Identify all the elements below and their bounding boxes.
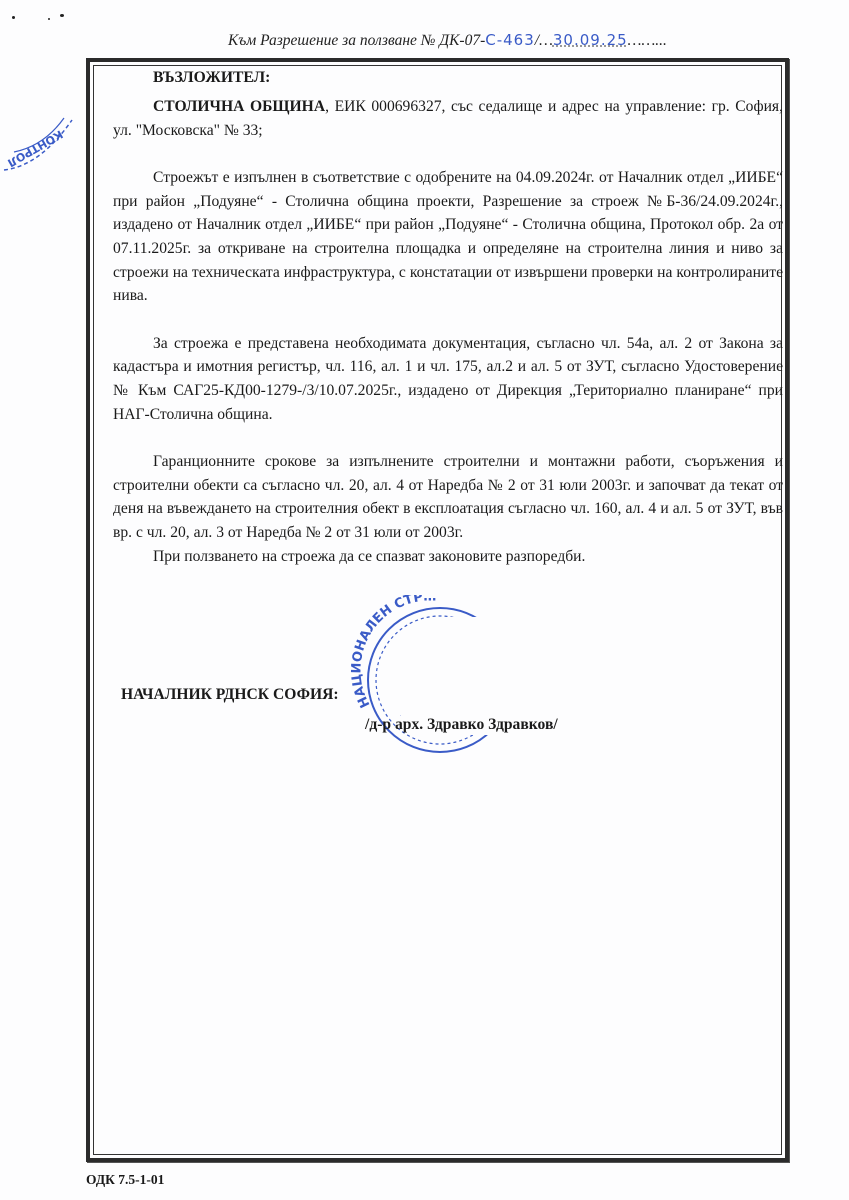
permit-reference: Към Разрешение за ползване № ДК-07-С-463… [228, 31, 667, 50]
signatory-name: /д-р арх. Здравко Здравков/ [365, 716, 558, 734]
handwritten-permit-number: С-463 [485, 31, 535, 49]
reference-prefix: Към Разрешение за ползване № ДК-07- [228, 32, 485, 49]
control-stamp-icon: КОНТРОЛ [0, 108, 80, 178]
construction-paragraph: Строежът е изпълнен в съответствие с одо… [113, 166, 783, 308]
form-code: ОДК 7.5-1-01 [86, 1172, 164, 1188]
reference-separator: /… [535, 32, 553, 49]
handwritten-permit-date: 30.09.25 [553, 31, 628, 49]
assignor-paragraph: СТОЛИЧНА ОБЩИНА, ЕИК 000696327, със седа… [113, 95, 783, 142]
assignor-name: СТОЛИЧНА ОБЩИНА [153, 98, 325, 115]
reference-trailing-dots: ……... [628, 32, 667, 49]
signatory-title: НАЧАЛНИК РДНСК СОФИЯ: [121, 686, 339, 704]
scan-artifacts [10, 14, 70, 22]
assignor-heading: ВЪЗЛОЖИТЕЛ: [113, 64, 783, 92]
side-stamp-text: КОНТРОЛ [5, 127, 65, 169]
documentation-paragraph: За строежа е представена необходимата до… [113, 332, 783, 426]
warranty-paragraph: Гаранционните срокове за изпълнените стр… [113, 450, 783, 544]
document-body: ВЪЗЛОЖИТЕЛ: СТОЛИЧНА ОБЩИНА, ЕИК 0006963… [113, 64, 783, 568]
usage-paragraph: При ползването на строежа да се спазват … [113, 545, 783, 569]
